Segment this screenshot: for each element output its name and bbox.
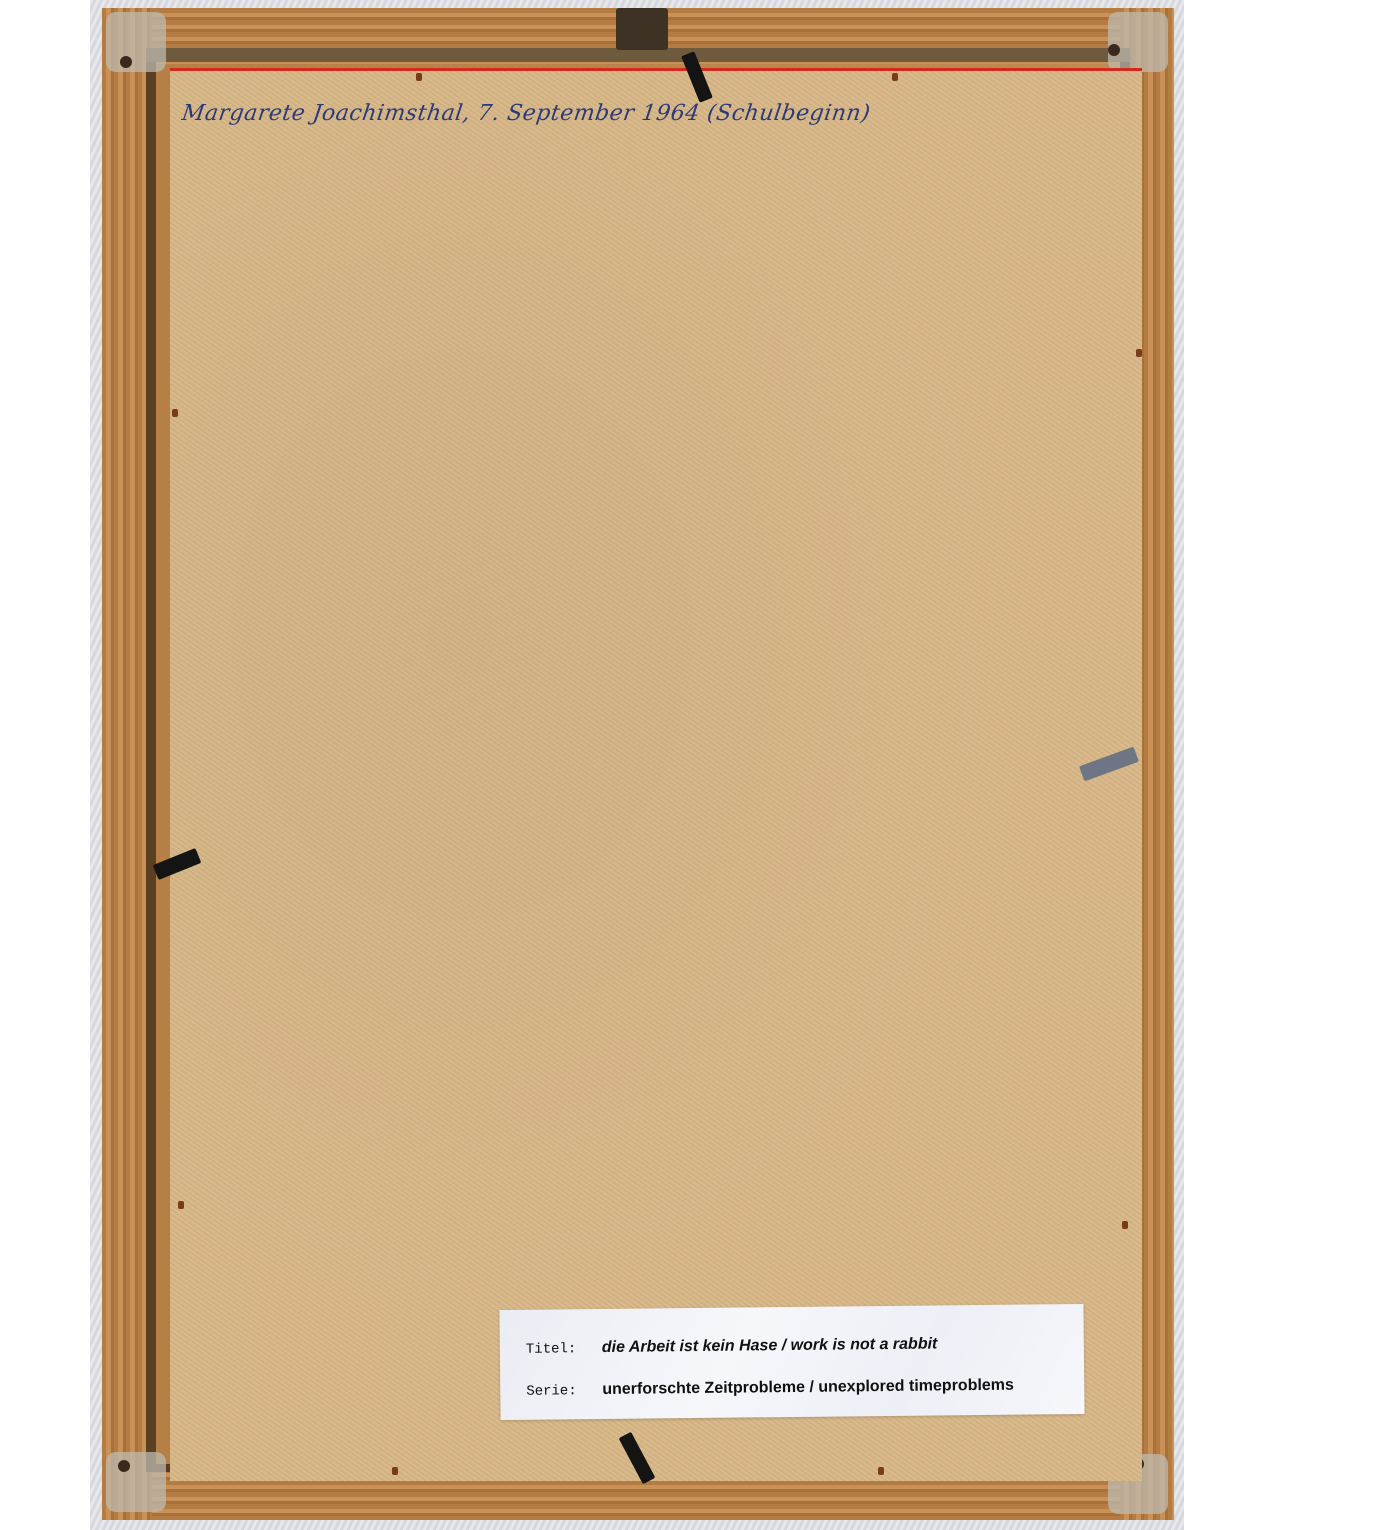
tack-icon <box>878 1467 884 1475</box>
label-row-series: Serie: unerforschte Zeitprobleme / unexp… <box>526 1377 1014 1400</box>
screw-icon <box>118 1460 130 1472</box>
label-value: unerforschte Zeitprobleme / unexplored t… <box>602 1377 1014 1399</box>
tack-icon <box>1136 349 1142 357</box>
tack-icon <box>416 73 422 81</box>
blank-margin <box>1184 0 1400 1530</box>
tack-icon <box>1122 1221 1128 1229</box>
screw-icon <box>1108 44 1120 56</box>
tack-icon <box>178 1201 184 1209</box>
picture-frame: Margarete Joachimsthal, 7. September 196… <box>102 8 1174 1520</box>
hanger-bracket-icon <box>616 8 668 50</box>
handwritten-inscription: Margarete Joachimsthal, 7. September 196… <box>180 101 872 126</box>
label-value: die Arbeit ist kein Hase / work is not a… <box>602 1335 938 1357</box>
photo: Margarete Joachimsthal, 7. September 196… <box>90 0 1184 1530</box>
tack-icon <box>392 1467 398 1475</box>
corner-joint-top-right <box>1108 12 1168 72</box>
frame-rabbet-top <box>146 48 1130 62</box>
frame-left-rail <box>102 8 152 1520</box>
corner-joint-bottom-left <box>106 1452 166 1512</box>
title-label: Titel: die Arbeit ist kein Hase / work i… <box>499 1304 1084 1420</box>
label-row-title: Titel: die Arbeit ist kein Hase / work i… <box>526 1335 938 1357</box>
tack-icon <box>172 409 178 417</box>
frame-rabbet-left <box>146 62 156 1472</box>
screw-icon <box>120 56 132 68</box>
label-key: Titel: <box>526 1341 588 1358</box>
corner-joint-top-left <box>106 12 166 72</box>
tack-icon <box>892 73 898 81</box>
label-key: Serie: <box>526 1383 588 1400</box>
backing-board: Margarete Joachimsthal, 7. September 196… <box>170 68 1142 1481</box>
